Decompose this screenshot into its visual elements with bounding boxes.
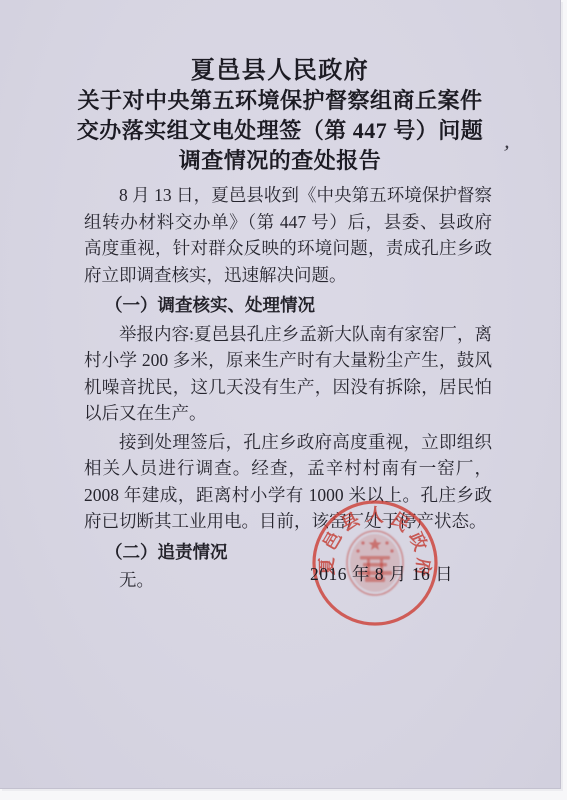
scan-area: 夏邑县人民政府 关于对中央第五环境保护督察组商丘案件 交办落实组文电处理签（第 … bbox=[0, 0, 567, 800]
paragraph-report-content: 举报内容:夏邑县孔庄乡孟新大队南有家窑厂，离村小学 200 多米，原来生产时有大… bbox=[84, 321, 492, 427]
section-1-heading: （一）调查核实、处理情况 bbox=[84, 292, 492, 319]
document-title: 夏邑县人民政府 关于对中央第五环境保护督察组商丘案件 交办落实组文电处理签（第 … bbox=[0, 56, 560, 176]
title-line-2: 关于对中央第五环境保护督察组商丘案件 bbox=[0, 86, 560, 116]
paragraph-intro: 8 月 13 日，夏邑县收到《中央第五环境保护督察组转办材料交办单》（第 447… bbox=[84, 182, 492, 288]
document-page: 夏邑县人民政府 关于对中央第五环境保护督察组商丘案件 交办落实组文电处理签（第 … bbox=[0, 0, 561, 789]
title-line-3: 交办落实组文电处理签（第 447 号）问题 bbox=[0, 116, 560, 146]
issuer-name: 夏邑县人民政府 bbox=[0, 56, 560, 86]
document-date: 2016 年 8 月 16 日 bbox=[310, 561, 453, 586]
title-line-4: 调查情况的查处报告 bbox=[0, 146, 560, 176]
